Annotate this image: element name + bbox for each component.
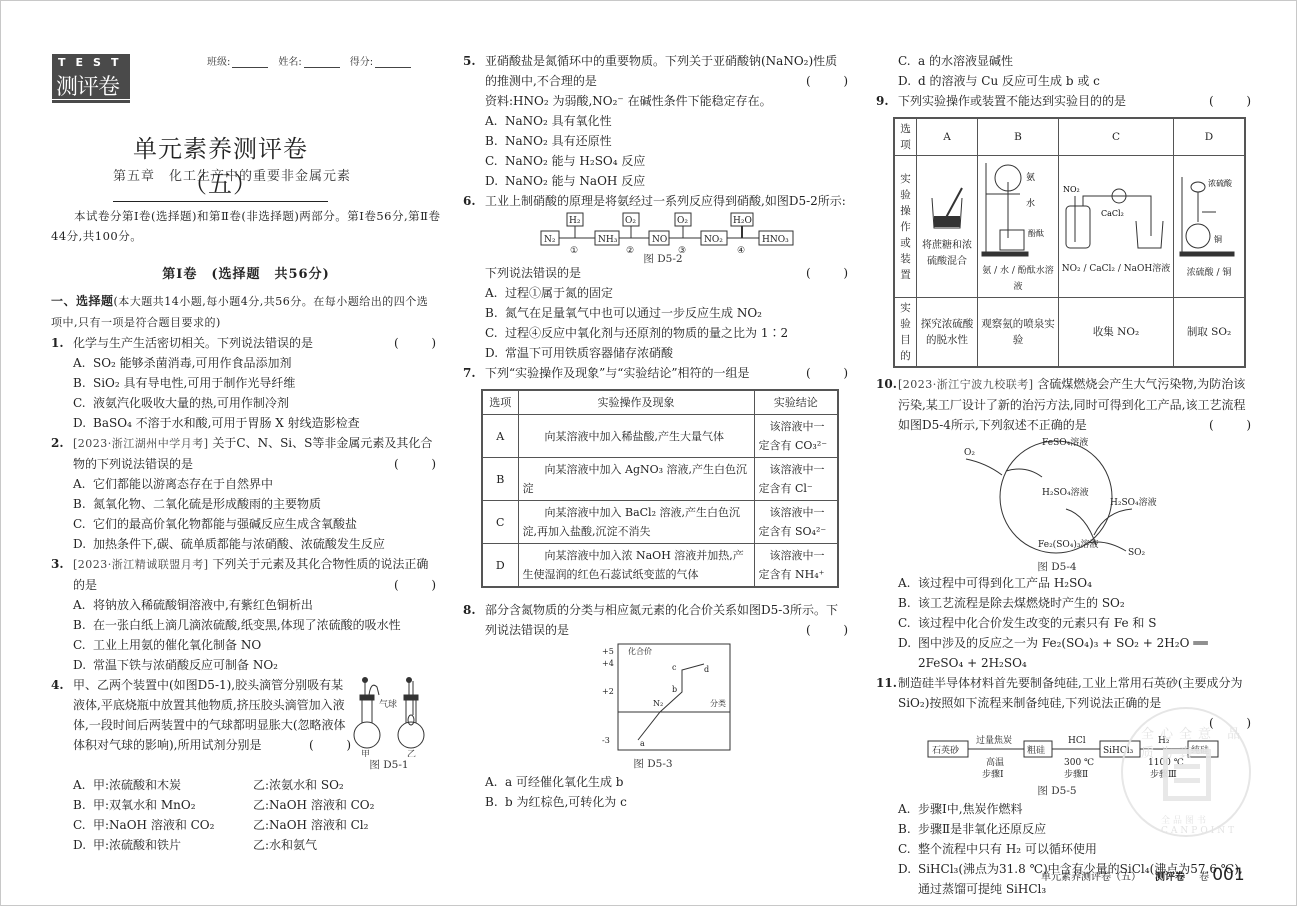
valence-class-chart: +5 +4 +2 -3 化合价 分类 a N₂ b c d (598, 640, 798, 758)
svg-text:H₂SO₄溶液: H₂SO₄溶液 (1110, 496, 1157, 508)
option: D.常温下铁与浓硝酸反应可制备 NO₂ (51, 655, 436, 675)
option: D.图中涉及的反应之一为 Fe₂(SO₄)₃ + SO₂ + 2H₂O ══ 2… (876, 633, 1251, 673)
option: B.在一张白纸上滴几滴浓硫酸,纸变黑,体现了浓硫酸的吸水性 (51, 615, 436, 635)
svg-text:d: d (704, 665, 709, 674)
svg-text:+5: +5 (602, 647, 614, 656)
page-number: 001 (1212, 865, 1244, 885)
option: A.将钠放入稀硫酸铜溶液中,有紫红色铜析出 (51, 595, 436, 615)
option: D.d 的溶液与 Cu 反应可生成 b 或 c (876, 71, 1251, 91)
svg-text:铜: 铜 (1214, 234, 1222, 244)
svg-text:HNO₃: HNO₃ (762, 235, 789, 245)
svg-text:分类: 分类 (710, 698, 726, 708)
svg-text:+4: +4 (602, 659, 614, 668)
figure-d5-3: +5 +4 +2 -3 化合价 分类 a N₂ b c d 图 D5-3 (463, 640, 848, 772)
option: A.它们都能以游离态存在于自然界中 (51, 474, 436, 494)
option: C.它们的最高价氧化物都能与强碱反应生成含氧酸盐 (51, 514, 436, 534)
svg-text:N₂: N₂ (653, 699, 663, 708)
apparatus-d: 浓硫酸铜 浓硫酸 / 铜 (1174, 156, 1246, 298)
material-note: 资料:HNO₂ 为弱酸,NO₂⁻ 在碱性条件下能稳定存在。 (463, 91, 848, 111)
answer-blank[interactable]: () (1209, 91, 1251, 111)
figure-d5-2: N₂ NH₃ NO NO₂ HNO₃ H₂ O₂ O₂ H₂O ① ② ③ ④ … (523, 211, 848, 263)
svg-text:④: ④ (737, 246, 745, 253)
svg-text:O₂: O₂ (625, 216, 636, 226)
fountain-apparatus-icon: 氨水酚酞 (980, 158, 1056, 258)
name-field[interactable]: 姓名: (278, 53, 339, 68)
option: B.该工艺流程是除去煤燃烧时产生的 SO₂ (876, 593, 1251, 613)
svg-text:b: b (672, 685, 677, 694)
option: A.甲:浓硫酸和木炭乙:浓氨水和 SO₂ (51, 775, 436, 795)
question-9: 9. 下列实验操作或装置不能达到实验目的的是() (876, 91, 1251, 111)
question-10: 10. [2023·浙江宁波九校联考] 含硫煤燃烧会产生大气污染物,为防治该污染… (876, 374, 1251, 435)
option: D.NaNO₂ 能与 NaOH 反应 (463, 171, 848, 191)
figure-d5-1: 气球 甲 乙 图 D5-1 (351, 675, 436, 775)
column-1: 一、选择题(本大题共14小题,每小题4分,共56分。在每小题给出的四个选项中,只… (51, 291, 436, 855)
table-row: C向某溶液中加入 BaCl₂ 溶液,产生白色沉淀,再加入盐酸,沉淀不消失该溶液中… (482, 501, 838, 544)
svg-text:高温: 高温 (986, 756, 1004, 768)
watermark-seal-icon: 全心全意 品质为真 全品图书 CANPOINT (1121, 707, 1251, 837)
logo-underline (52, 99, 130, 103)
option: B.甲:双氧水和 MnO₂乙:NaOH 溶液和 CO₂ (51, 795, 436, 815)
test-logo: TEST 测评卷 (52, 54, 130, 102)
answer-blank[interactable]: () (806, 71, 848, 91)
section-heading: 一、选择题(本大题共14小题,每小题4分,共56分。在每小题给出的四个选项中,只… (51, 291, 436, 333)
svg-text:NH₃: NH₃ (598, 235, 618, 245)
answer-blank[interactable]: () (806, 263, 848, 283)
logo-bottom-text: 测评卷 (56, 70, 119, 101)
option: A.SO₂ 能够杀菌消毒,可用作食品添加剂 (51, 353, 436, 373)
page-footer: 单元素养测评卷（五） 测评卷 卷 001 (1041, 865, 1245, 885)
flask-apparatus-icon: 气球 甲 乙 (351, 675, 436, 757)
q7-table: 选项 实验操作及现象 实验结论 A向某溶液中加入稀盐酸,产生大量气体该溶液中一定… (481, 389, 839, 588)
svg-text:H₂: H₂ (569, 216, 581, 226)
option: D.常温下可用铁质容器储存浓硝酸 (463, 343, 848, 363)
svg-text:O₂: O₂ (964, 448, 975, 458)
svg-text:300 ℃: 300 ℃ (1064, 758, 1094, 768)
q9-table: 选项 A B C D 实验操作或装置 将蔗糖和浓硫酸混合 氨水酚酞 氨 / 水 … (893, 117, 1246, 368)
student-info-fields: 班级: 姓名: 得分: (207, 53, 417, 68)
svg-text:SO₂: SO₂ (1128, 548, 1146, 558)
svg-text:步骤Ⅰ: 步骤Ⅰ (982, 768, 1004, 780)
answer-blank[interactable]: () (394, 575, 436, 595)
option: C.液氨汽化吸收大量的热,可用作制冷剂 (51, 393, 436, 413)
svg-text:FeSO₄溶液: FeSO₄溶液 (1042, 436, 1088, 448)
svg-text:H₂O: H₂O (733, 216, 752, 226)
svg-text:HCl: HCl (1068, 736, 1086, 746)
svg-text:石英砂: 石英砂 (932, 744, 960, 756)
figure-d5-4: FeSO₄溶液 H₂SO₄溶液 Fe₂(SO₄)₃溶液 O₂ SO₂ H₂SO₄… (876, 435, 1251, 573)
option: C.甲:NaOH 溶液和 CO₂乙:NaOH 溶液和 Cl₂ (51, 815, 436, 835)
answer-blank[interactable]: () (1209, 415, 1251, 435)
apparatus-c: NO₂CaCl₂ NO₂ / CaCl₂ / NaOH溶液 (1058, 156, 1173, 298)
answer-blank[interactable]: () (309, 735, 351, 755)
option: C.a 的水溶液显碱性 (876, 51, 1251, 71)
svg-text:CaCl₂: CaCl₂ (1101, 209, 1124, 218)
section-title: 第Ⅰ卷 (选择题 共56分) (51, 263, 441, 282)
option: A.过程①属于氮的固定 (463, 283, 848, 303)
apparatus-b: 氨水酚酞 氨 / 水 / 酚酞水溶液 (977, 156, 1058, 298)
question-1: 1. 化学与生产生活密切相关。下列说法错误的是() (51, 333, 436, 353)
option: C.过程④反应中氧化剂与还原剂的物质的量之比为 1∶2 (463, 323, 848, 343)
nitric-acid-flow-diagram: N₂ NH₃ NO NO₂ HNO₃ H₂ O₂ O₂ H₂O ① ② ③ ④ (523, 211, 813, 253)
svg-text:浓硫酸: 浓硫酸 (1208, 178, 1233, 188)
table-row: A向某溶液中加入稀盐酸,产生大量气体该溶液中一定含有 CO₃²⁻ (482, 415, 838, 458)
svg-text:化合价: 化合价 (628, 646, 652, 656)
svg-text:NO: NO (652, 235, 667, 245)
exam-intro: 本试卷分第Ⅰ卷(选择题)和第Ⅱ卷(非选择题)两部分。第Ⅰ卷56分,第Ⅱ卷44分,… (51, 206, 441, 246)
table-row: B向某溶液中加入 AgNO₃ 溶液,产生白色沉淀该溶液中一定含有 Cl⁻ (482, 458, 838, 501)
apparatus-a: 将蔗糖和浓硫酸混合 (917, 156, 978, 298)
column-2: 5. 亚硝酸盐是氮循环中的重要物质。下列关于亚硝酸钠(NaNO₂)性质的推测中,… (463, 51, 848, 812)
svg-text:水: 水 (1026, 197, 1035, 209)
option: C.工业上用氨的催化氧化制备 NO (51, 635, 436, 655)
option: A.NaNO₂ 具有氧化性 (463, 111, 848, 131)
question-7: 7. 下列“实验操作及现象”与“实验结论”相符的一组是() (463, 363, 848, 383)
svg-text:c: c (672, 663, 677, 672)
svg-text:+2: +2 (602, 687, 614, 696)
question-2: 2. [2023·浙江湖州中学月考] 关于C、N、Si、S等非金属元素及其化合物… (51, 433, 436, 474)
svg-text:H₂SO₄溶液: H₂SO₄溶液 (1042, 486, 1089, 498)
footer-type: 测评卷 (1155, 868, 1185, 883)
svg-text:Fe₂(SO₄)₃溶液: Fe₂(SO₄)₃溶液 (1038, 538, 1098, 550)
question-5: 5. 亚硝酸盐是氮循环中的重要物质。下列关于亚硝酸钠(NaNO₂)性质的推测中,… (463, 51, 848, 91)
sulfur-cycle-diagram: FeSO₄溶液 H₂SO₄溶液 Fe₂(SO₄)₃溶液 O₂ SO₂ H₂SO₄… (946, 435, 1166, 559)
answer-blank[interactable]: () (806, 363, 848, 383)
answer-blank[interactable]: () (394, 333, 436, 353)
footer-title: 单元素养测评卷（五） (1041, 868, 1141, 883)
svg-text:过量焦炭: 过量焦炭 (976, 734, 1012, 746)
svg-text:-3: -3 (602, 736, 610, 745)
option: B.SiO₂ 具有导电性,可用于制作光导纤维 (51, 373, 436, 393)
option: D.加热条件下,碳、硫单质都能与浓硝酸、浓硫酸发生反应 (51, 534, 436, 554)
question-4: 4. 甲、乙两个装置中(如图D5-1),胶头滴管分别吸有某液体,平底烧瓶中放置其… (51, 675, 436, 775)
svg-text:①: ① (570, 246, 578, 253)
svg-text:NO₂: NO₂ (704, 235, 723, 245)
svg-text:步骤Ⅱ: 步骤Ⅱ (1064, 768, 1088, 780)
option: B.NaNO₂ 具有还原性 (463, 131, 848, 151)
svg-text:N₂: N₂ (544, 235, 556, 245)
exam-page: TEST 测评卷 班级: 姓名: 得分: 单元素养测评卷（五） 第五章 化工生产… (0, 0, 1297, 906)
svg-text:NO₂: NO₂ (1063, 185, 1080, 194)
gas-collection-icon: NO₂CaCl₂ (1061, 176, 1171, 256)
option: B.氮气在足量氧气中也可以通过一步反应生成 NO₂ (463, 303, 848, 323)
score-field[interactable]: 得分: (350, 53, 411, 68)
question-3: 3. [2023·浙江精诚联盟月考] 下列关于元素及其化合物性质的说法正确的是(… (51, 554, 436, 595)
option: C.整个流程中只有 H₂ 可以循环使用 (876, 839, 1251, 859)
beaker-icon (922, 183, 972, 233)
question-6: 6. 工业上制硝酸的原理是将氨经过一系列反应得到硝酸,如图D5-2所示: (463, 191, 848, 211)
svg-text:O₂: O₂ (677, 216, 688, 226)
option: D.BaSO₄ 不溶于水和酸,可用于胃肠 X 射线造影检查 (51, 413, 436, 433)
option: A.a 可经催化氧化生成 b (463, 772, 848, 792)
answer-blank[interactable]: () (394, 454, 436, 474)
logo-top-text: TEST (58, 56, 128, 69)
option: B.氮氧化物、二氧化硫是形成酸雨的主要物质 (51, 494, 436, 514)
svg-text:氨: 氨 (1026, 171, 1035, 183)
option: D.甲:浓硫酸和铁片乙:水和氨气 (51, 835, 436, 855)
chapter-subtitle: 第五章 化工生产中的重要非金属元素 (113, 165, 373, 184)
svg-text:粗硅: 粗硅 (1027, 744, 1045, 756)
answer-blank[interactable]: () (806, 620, 848, 640)
svg-text:a: a (640, 739, 645, 748)
svg-text:酚酞: 酚酞 (1028, 228, 1044, 238)
svg-text:气球: 气球 (379, 698, 397, 710)
class-field[interactable]: 班级: (207, 53, 268, 68)
table-row: D向某溶液中加入浓 NaOH 溶液并加热,产生使湿润的红色石蕊试纸变蓝的气体该溶… (482, 544, 838, 588)
option: C.该过程中化合价发生改变的元素只有 Fe 和 S (876, 613, 1251, 633)
option: C.NaNO₂ 能与 H₂SO₄ 反应 (463, 151, 848, 171)
option: B.b 为红棕色,可转化为 c (463, 792, 848, 812)
so2-generator-icon: 浓硫酸铜 (1176, 172, 1242, 260)
question-8: 8. 部分含氮物质的分类与相应氮元素的化合价关系如图D5-3所示。下列说法错误的… (463, 600, 848, 640)
